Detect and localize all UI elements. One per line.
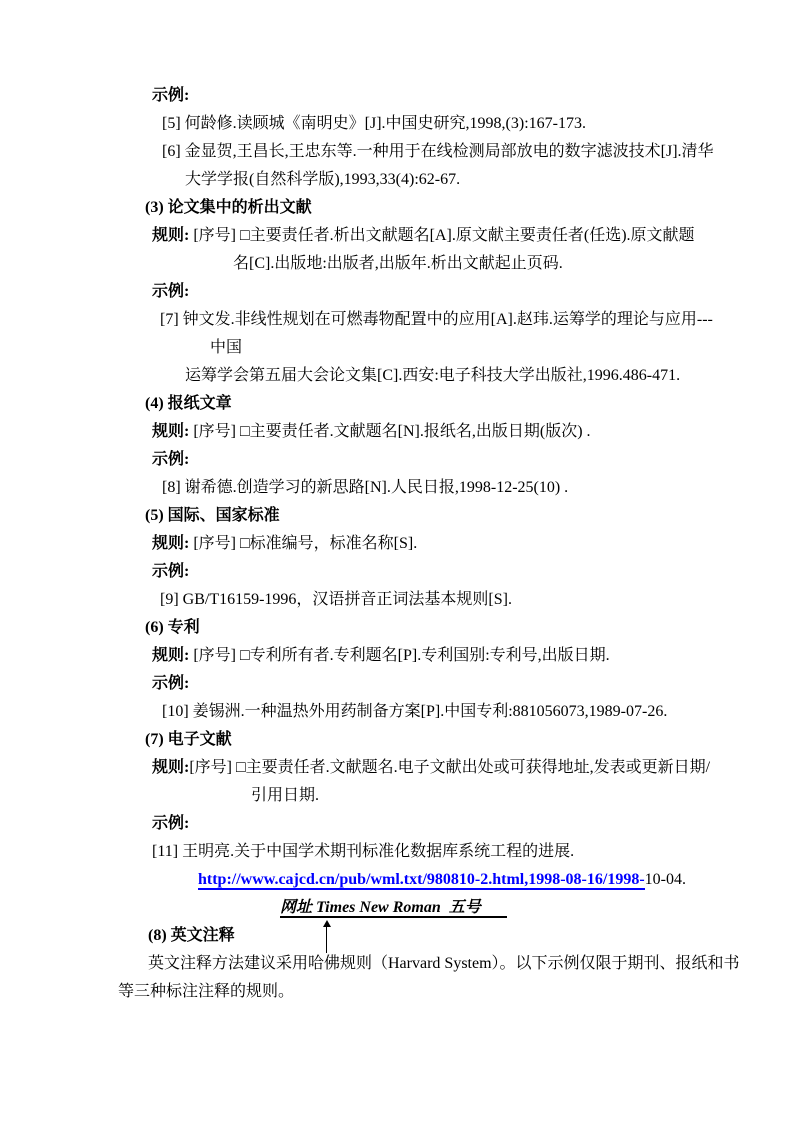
arrow-head xyxy=(323,920,331,927)
section-heading-4: (4) 报纸文章 xyxy=(145,390,793,418)
reference-item-7-continuation: 中国 xyxy=(210,334,793,362)
body-paragraph-continuation: 等三种标注注释的规则。 xyxy=(118,978,793,1006)
reference-item-6: [6] 金显贺,王昌长,王忠东等.一种用于在线检测局部放电的数字滤波技术[J].… xyxy=(162,138,793,166)
up-arrow-icon xyxy=(322,920,331,953)
reference-item-11: [11] 王明亮.关于中国学术期刊标准化数据库系统工程的进展. xyxy=(152,838,793,866)
examples-label: 示例: xyxy=(152,670,793,698)
reference-item-6-continuation: 大学学报(自然科学版),1993,33(4):62-67. xyxy=(185,166,793,194)
rule-label: 规则: xyxy=(152,535,189,552)
examples-label: 示例: xyxy=(152,278,793,306)
rule-line-7-continuation: 引用日期. xyxy=(251,782,793,810)
section-heading-8: (8) 英文注释 xyxy=(148,922,793,950)
hyperlink[interactable]: http://www.cajcd.cn/pub/wml.txt/980810-2… xyxy=(198,871,645,890)
body-paragraph: 英文注释方法建议采用哈佛规则（Harvard System）。以下示例仅限于期刊… xyxy=(148,950,793,978)
section-heading-6: (6) 专利 xyxy=(145,614,793,642)
rule-label: 规则: xyxy=(152,759,189,776)
url-line: http://www.cajcd.cn/pub/wml.txt/980810-2… xyxy=(198,866,793,894)
font-annotation-line: 网址 Times New Roman 五号 xyxy=(280,894,793,922)
rule-label: 规则: xyxy=(152,227,189,244)
rule-line-3: 规则: [序号] □主要责任者.析出文献题名[A].原文献主要责任者(任选).原… xyxy=(152,222,793,250)
examples-label: 示例: xyxy=(152,446,793,474)
rule-label: 规则: xyxy=(152,423,189,440)
rule-text: [序号] □标准编号，标准名称[S]. xyxy=(189,535,417,552)
rule-text: [序号] □主要责任者.文献题名.电子文献出处或可获得地址,发表或更新日期/ xyxy=(189,759,710,776)
rule-line-4: 规则: [序号] □主要责任者.文献题名[N].报纸名,出版日期(版次) . xyxy=(152,418,793,446)
rule-line-5: 规则: [序号] □标准编号，标准名称[S]. xyxy=(152,530,793,558)
reference-item-9: [9] GB/T16159-1996，汉语拼音正词法基本规则[S]. xyxy=(160,586,793,614)
reference-item-7-continuation: 运筹学会第五届大会论文集[C].西安:电子科技大学出版社,1996.486-47… xyxy=(185,362,793,390)
rule-text: [序号] □专利所有者.专利题名[P].专利国别:专利号,出版日期. xyxy=(189,647,609,664)
section-heading-7: (7) 电子文献 xyxy=(145,726,793,754)
arrow-stem xyxy=(326,927,327,953)
examples-label: 示例: xyxy=(152,558,793,586)
rule-line-6: 规则: [序号] □专利所有者.专利题名[P].专利国别:专利号,出版日期. xyxy=(152,642,793,670)
rule-text: [序号] □主要责任者.文献题名[N].报纸名,出版日期(版次) . xyxy=(189,423,590,440)
rule-label: 规则: xyxy=(152,647,189,664)
section-heading-3: (3) 论文集中的析出文献 xyxy=(145,194,793,222)
rule-line-3-continuation: 名[C].出版地:出版者,出版年.析出文献起止页码. xyxy=(233,250,793,278)
reference-item-5: [5] 何龄修.读顾城《南明史》[J].中国史研究,1998,(3):167-1… xyxy=(162,110,793,138)
examples-label: 示例: xyxy=(152,82,793,110)
rule-text: [序号] □主要责任者.析出文献题名[A].原文献主要责任者(任选).原文献题 xyxy=(189,227,694,244)
reference-item-10: [10] 姜锡洲.一种温热外用药制备方案[P].中国专利:881056073,1… xyxy=(162,698,793,726)
url-tail-text: 10-04. xyxy=(645,871,686,888)
font-annotation: 网址 Times New Roman 五号 xyxy=(280,899,507,918)
reference-item-8: [8] 谢希德.创造学习的新思路[N].人民日报,1998-12-25(10) … xyxy=(162,474,793,502)
rule-line-7: 规则:[序号] □主要责任者.文献题名.电子文献出处或可获得地址,发表或更新日期… xyxy=(152,754,793,782)
reference-item-7: [7] 钟文发.非线性规划在可燃毒物配置中的应用[A].赵玮.运筹学的理论与应用… xyxy=(160,306,793,334)
examples-label: 示例: xyxy=(152,810,793,838)
document-page: 示例: [5] 何龄修.读顾城《南明史》[J].中国史研究,1998,(3):1… xyxy=(0,0,793,1122)
section-heading-5: (5) 国际、国家标准 xyxy=(145,502,793,530)
